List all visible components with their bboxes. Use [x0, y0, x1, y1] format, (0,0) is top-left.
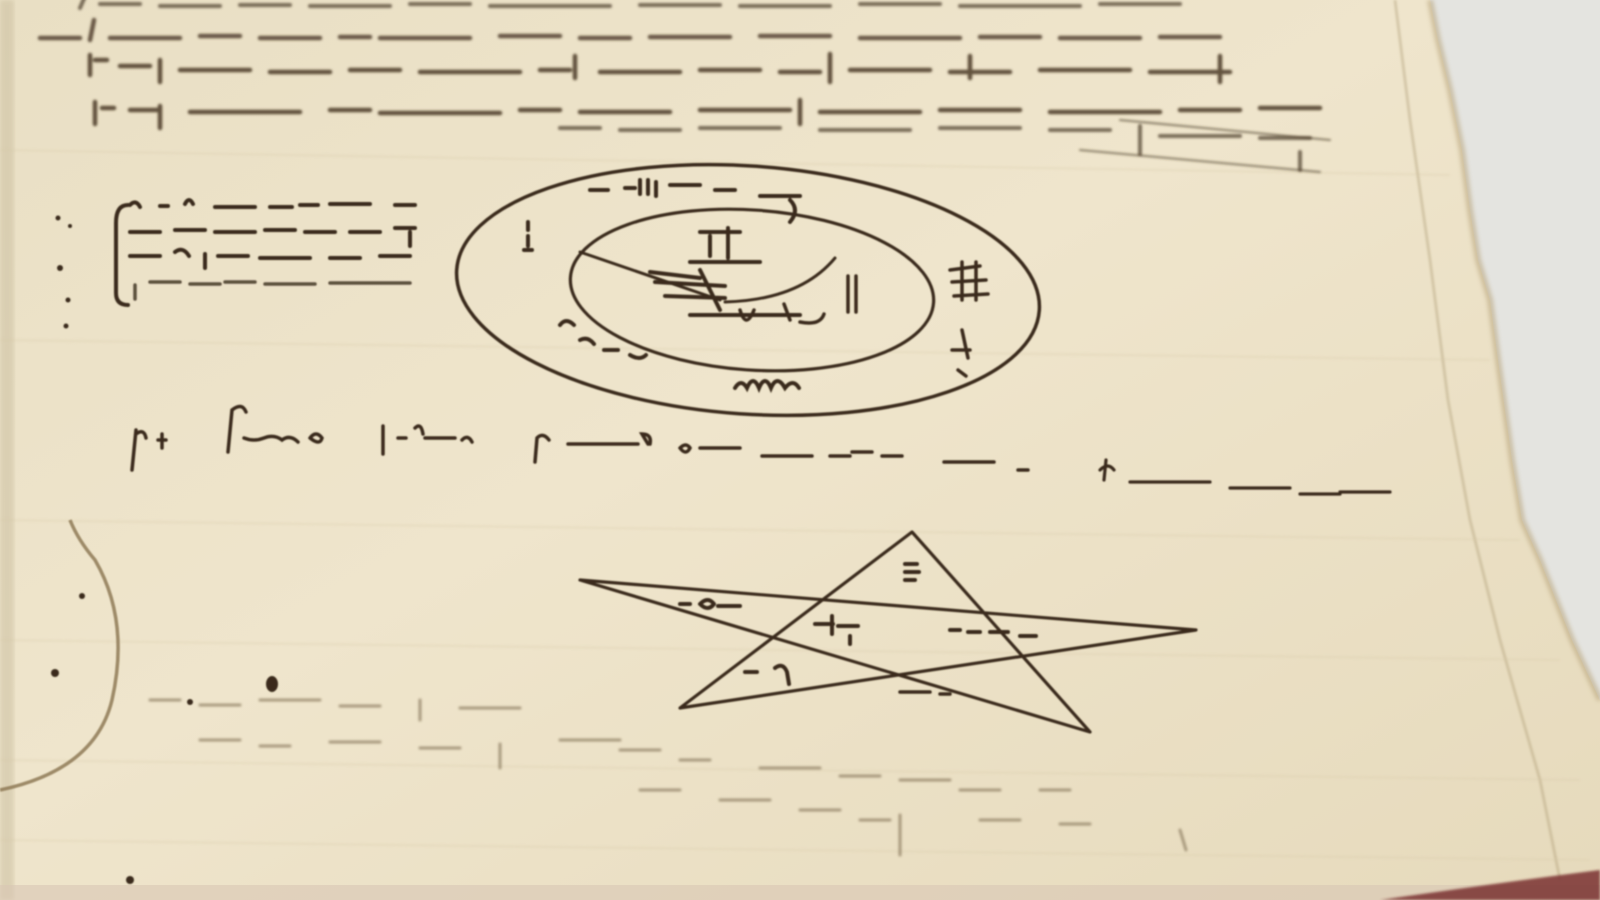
manuscript-illustration	[0, 0, 1600, 900]
parchment-page	[0, 0, 1600, 900]
manuscript-photo: Handwritten manuscript page with a circu…	[0, 0, 1600, 900]
